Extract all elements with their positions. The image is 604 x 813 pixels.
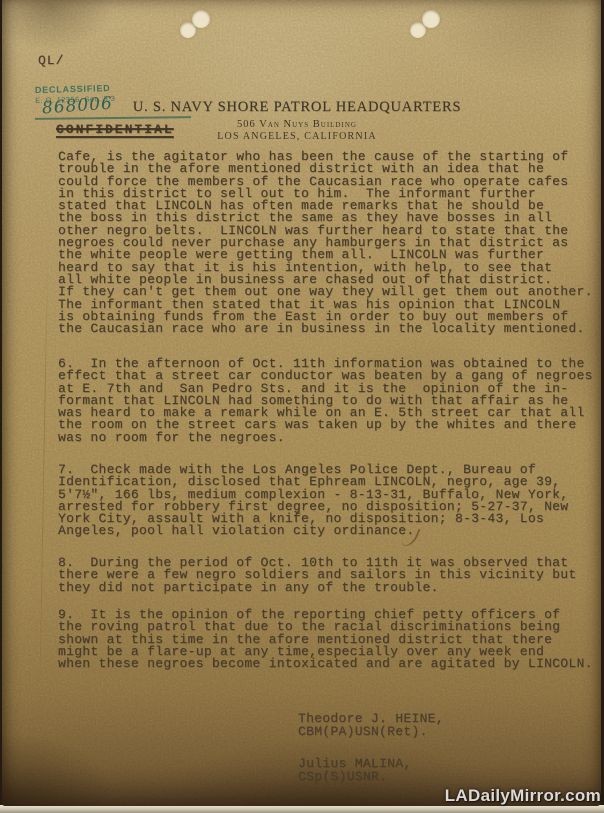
paragraph-7: 7. Check made with the Los Angeles Polic… — [58, 464, 592, 538]
signature-block-2: Julius MALINA,CSp(S)USNR. — [298, 758, 411, 783]
letterhead-address-line1: 506 Van Nuys Building — [92, 119, 502, 130]
document-page: QL/ DECLASSIFIED E. O. 12356, Sec. 3.3 8… — [2, 0, 601, 806]
punch-hole — [422, 10, 440, 28]
paper-crease — [39, 250, 48, 720]
file-code: QL/ — [38, 53, 64, 68]
paragraph-6: 6. In the afternoon of Oct. 11th informa… — [58, 358, 592, 444]
signer-rank: CBM(PA)USN(Ret). — [298, 724, 428, 739]
photo-background: QL/ DECLASSIFIED E. O. 12356, Sec. 3.3 8… — [0, 0, 604, 813]
letterhead: U. S. NAVY SHORE PATROL HEADQUARTERS 506… — [92, 99, 502, 142]
letterhead-address-line2: LOS ANGELES, CALIFORNIA — [92, 131, 502, 142]
punch-hole — [192, 10, 210, 28]
signer-rank: CSp(S)USNR. — [298, 769, 387, 784]
paragraph-continuation: Cafe, is the agitator who has been the c… — [58, 151, 592, 335]
site-watermark: LADailyMirror.com — [445, 786, 601, 806]
letterhead-title: U. S. NAVY SHORE PATROL HEADQUARTERS — [92, 99, 502, 116]
paragraph-8: 8. During the period of Oct. 10th to 11t… — [58, 557, 592, 594]
photo-bottom-strip — [0, 805, 604, 813]
paragraph-9: 9. It is the opinion of the reporting ch… — [58, 609, 592, 670]
signature-block-1: Theodore J. HEINE,CBM(PA)USN(Ret). — [298, 713, 444, 738]
